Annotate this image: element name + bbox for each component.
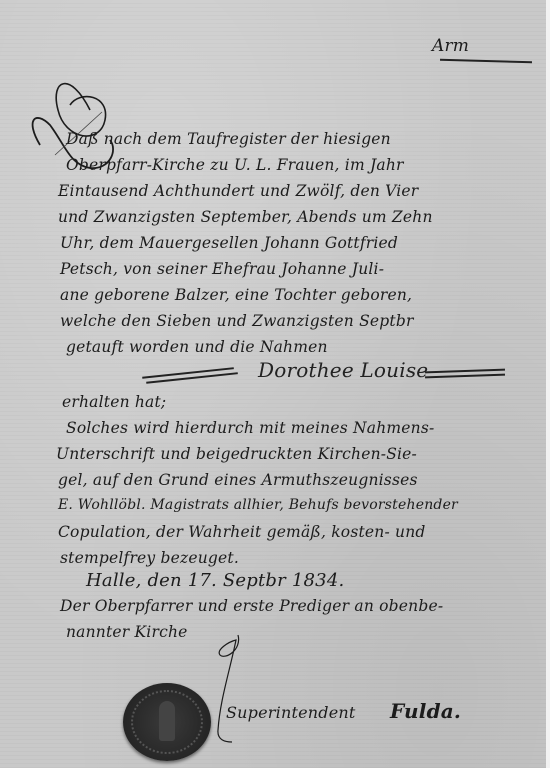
after-name-line-6: Copulation, der Wahrheit gemäß, kosten- … [58, 523, 426, 541]
header-underline [440, 59, 532, 63]
body-line-6: Petsch, von seiner Ehefrau Johanne Juli- [60, 260, 384, 278]
document-page: Arm Daß nach dem Taufregister der hiesig… [0, 0, 546, 768]
wax-seal [123, 683, 211, 761]
closing-line-2: nannter Kirche [66, 623, 188, 641]
body-line-1: Daß nach dem Taufregister der hiesigen [66, 130, 391, 148]
child-name: Dorothee Louise [258, 358, 428, 382]
body-line-8: welche den Sieben und Zwanzigsten Septbr [60, 312, 414, 330]
closing-line-1: Der Oberpfarrer und erste Prediger an ob… [60, 597, 443, 615]
signature-name: Fulda. [390, 699, 461, 723]
scan-edge [546, 0, 550, 768]
body-line-7: ane geborene Balzer, eine Tochter gebore… [60, 286, 412, 304]
body-line-4: und Zwanzigsten September, Abends um Zeh… [58, 208, 433, 226]
after-name-line-2: Solches wird hierdurch mit meines Nahmen… [66, 419, 434, 437]
header-word: Arm [432, 36, 469, 56]
after-name-line-4: gel, auf den Grund eines Armuthszeugniss… [58, 471, 418, 489]
name-flourish-right-2 [425, 374, 505, 378]
after-name-line-1: erhalten hat; [62, 393, 166, 411]
after-name-line-3: Unterschrift und beigedruckten Kirchen-S… [56, 445, 417, 463]
body-line-3: Eintausend Achthundert und Zwölf, den Vi… [58, 182, 418, 200]
seal-figure [159, 701, 175, 741]
body-line-2: Oberpfarr-Kirche zu U. L. Frauen, im Jah… [66, 156, 404, 174]
after-name-line-7: stempelfrey bezeuget. [60, 549, 239, 567]
after-name-line-5: E. Wohllöbl. Magistrats allhier, Behufs … [58, 497, 458, 513]
body-line-9: getauft worden und die Nahmen [66, 338, 328, 356]
name-flourish-right [425, 369, 505, 373]
signature-title: Superintendent [226, 703, 356, 722]
body-line-5: Uhr, dem Mauergesellen Johann Gottfried [60, 234, 398, 252]
date-line: Halle, den 17. Septbr 1834. [86, 570, 344, 591]
